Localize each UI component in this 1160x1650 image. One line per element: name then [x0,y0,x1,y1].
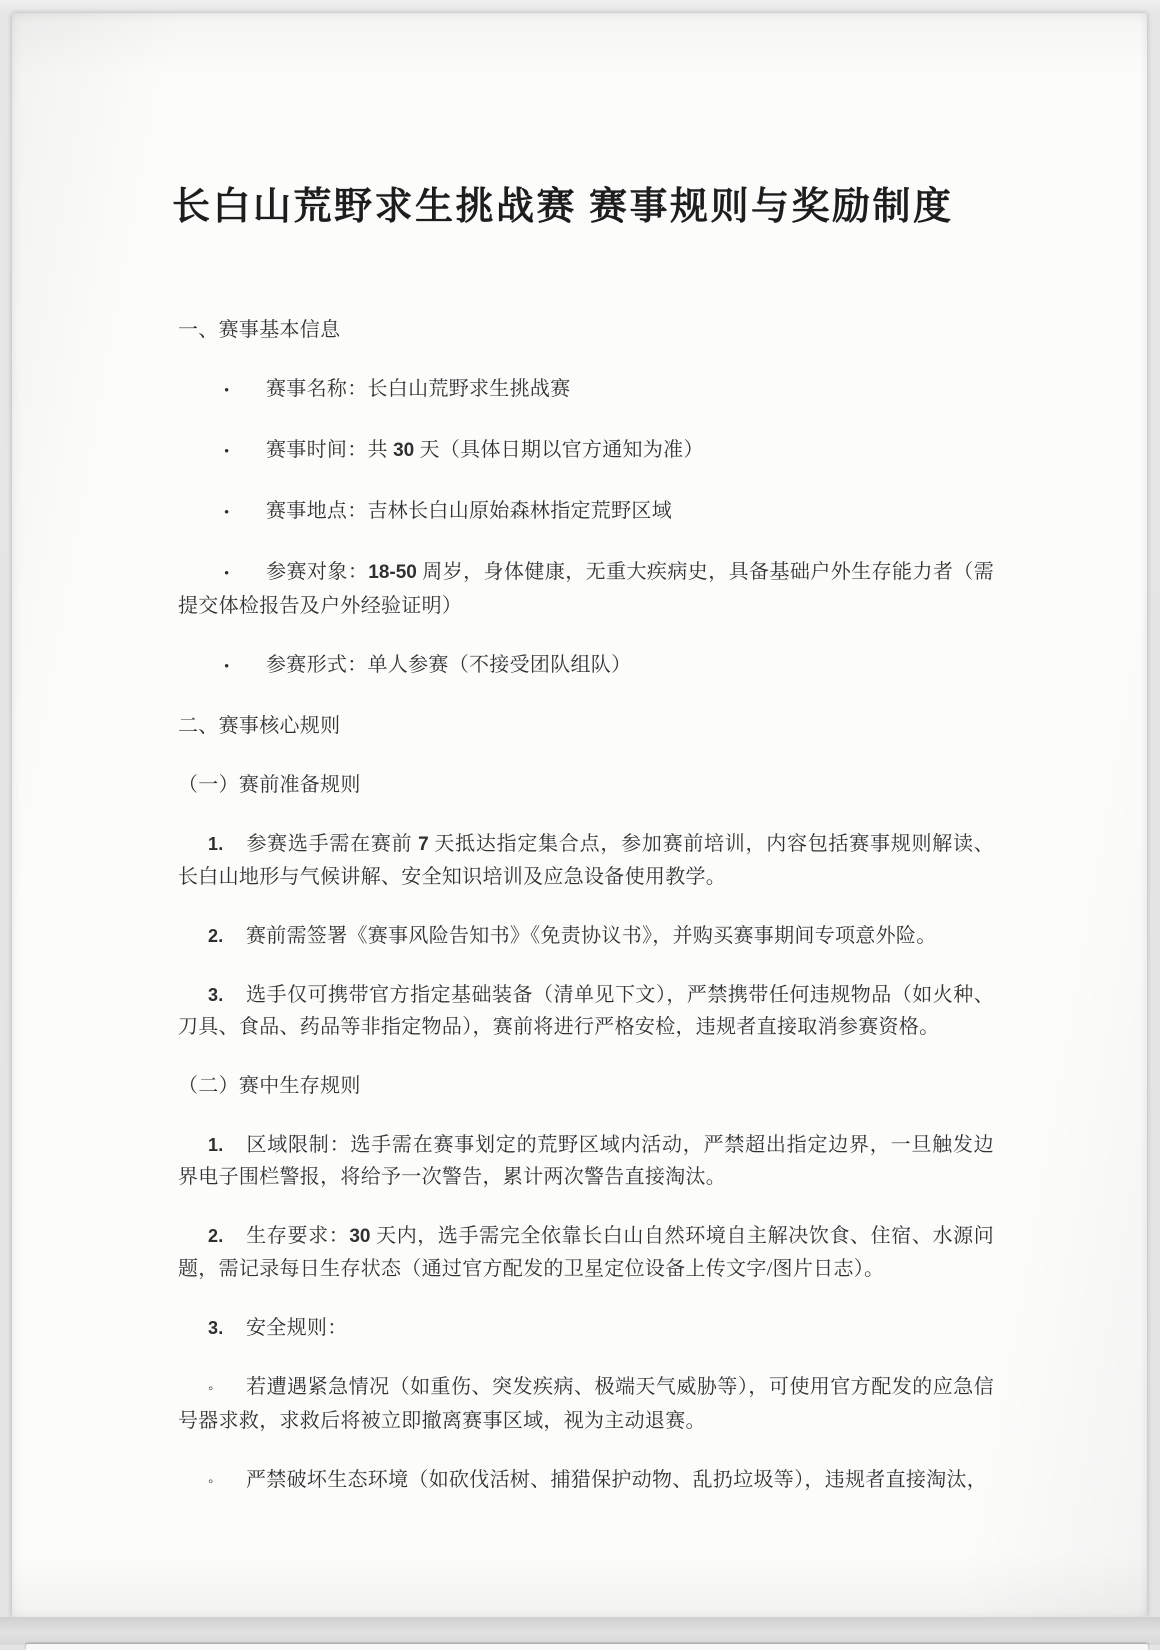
item-text: 生存要求：30 天内，选手需完全依靠长白山自然环境自主解决饮食、住宿、水源问题，… [178,1225,994,1280]
safety-subrule-2: ◦严禁破坏生态环境（如砍伐活树、捕猎保护动物、乱扔垃圾等），违规者直接淘汰， [178,1464,994,1498]
circle-bullet-icon: ◦ [208,1466,246,1498]
survival-rule-1: 1.区域限制：选手需在赛事划定的荒野区域内活动，严禁超出指定边界，一旦触发边界电… [178,1129,994,1193]
item-number: 3. [208,1312,246,1344]
item-text: 严禁破坏生态环境（如砍伐活树、捕猎保护动物、乱扔垃圾等），违规者直接淘汰， [246,1469,987,1491]
survival-rule-3: 3.安全规则： [178,1312,994,1344]
section-2-2-heading: （二）赛中生存规则 [178,1070,994,1102]
circle-bullet-icon: ◦ [208,1373,246,1405]
item-text: 若遭遇紧急情况（如重伤、突发疾病、极端天气威胁等），可使用官方配发的应急信号器求… [178,1376,994,1432]
item-number: 1. [208,1129,246,1161]
bullet-icon: • [224,497,266,529]
item-number: 2. [208,920,246,952]
item-text: 选手仅可携带官方指定基础装备（清单见下文），严禁携带任何违规物品（如火种、刀具、… [178,984,994,1038]
bullet-icon: • [224,436,266,468]
document-title: 长白山荒野求生挑战赛 赛事规则与奖励制度 [172,182,994,232]
page-gap [0,1617,1160,1645]
safety-subrule-1: ◦若遭遇紧急情况（如重伤、突发疾病、极端天气威胁等），可使用官方配发的应急信号器… [178,1371,994,1437]
bullet-icon: • [224,651,266,683]
item-text: 安全规则： [246,1317,348,1339]
bullet-text: 赛事时间：共 30 天（具体日期以官方通知为准） [266,439,704,461]
prep-rule-1: 1.参赛选手需在赛前 7 天抵达指定集合点，参加赛前培训，内容包括赛事规则解读、… [178,828,994,893]
photo-background: { "doc": { "title": "长白山荒野求生挑战赛 赛事规则与奖励制… [0,0,1160,1650]
bullet-text: 参赛形式：单人参赛（不接受团队组队） [266,654,631,676]
bullet-icon: • [224,375,266,407]
next-page-edge [26,1644,1148,1650]
section-1-heading: 一、赛事基本信息 [178,314,994,346]
bullet-icon: • [224,558,266,590]
survival-rule-2: 2.生存要求：30 天内，选手需完全依靠长白山自然环境自主解决饮食、住宿、水源问… [178,1220,994,1285]
document-page: 长白山荒野求生挑战赛 赛事规则与奖励制度 一、赛事基本信息 •赛事名称：长白山荒… [12,13,1147,1617]
item-text: 赛前需签署《赛事风险告知书》《免责协议书》，并购买赛事期间专项意外险。 [246,925,937,947]
bullet-entry-format: •参赛形式：单人参赛（不接受团队组队） [178,649,994,683]
item-number: 1. [208,828,246,860]
prep-rule-3: 3.选手仅可携带官方指定基础装备（清单见下文），严禁携带任何违规物品（如火种、刀… [178,979,994,1043]
item-text: 参赛选手需在赛前 7 天抵达指定集合点，参加赛前培训，内容包括赛事规则解读、长白… [178,833,994,888]
bullet-event-name: •赛事名称：长白山荒野求生挑战赛 [178,373,994,407]
bullet-participants: •参赛对象：18-50 周岁，身体健康，无重大疾病史，具备基础户外生存能力者（需… [178,556,994,622]
bullet-text: 赛事名称：长白山荒野求生挑战赛 [266,378,571,400]
item-number: 2. [208,1220,246,1252]
document-body: 长白山荒野求生挑战赛 赛事规则与奖励制度 一、赛事基本信息 •赛事名称：长白山荒… [12,13,994,1498]
section-2-heading: 二、赛事核心规则 [178,710,994,742]
item-text: 区域限制：选手需在赛事划定的荒野区域内活动，严禁超出指定边界，一旦触发边界电子围… [178,1134,994,1188]
bullet-text: 赛事地点：吉林长白山原始森林指定荒野区域 [266,500,672,522]
item-number: 3. [208,979,246,1011]
bullet-text: 参赛对象：18-50 周岁，身体健康，无重大疾病史，具备基础户外生存能力者（需提… [178,561,994,617]
section-2-1-heading: （一）赛前准备规则 [178,769,994,801]
bullet-event-location: •赛事地点：吉林长白山原始森林指定荒野区域 [178,495,994,529]
prep-rule-2: 2.赛前需签署《赛事风险告知书》《免责协议书》，并购买赛事期间专项意外险。 [178,920,994,952]
bullet-event-time: •赛事时间：共 30 天（具体日期以官方通知为准） [178,434,994,468]
